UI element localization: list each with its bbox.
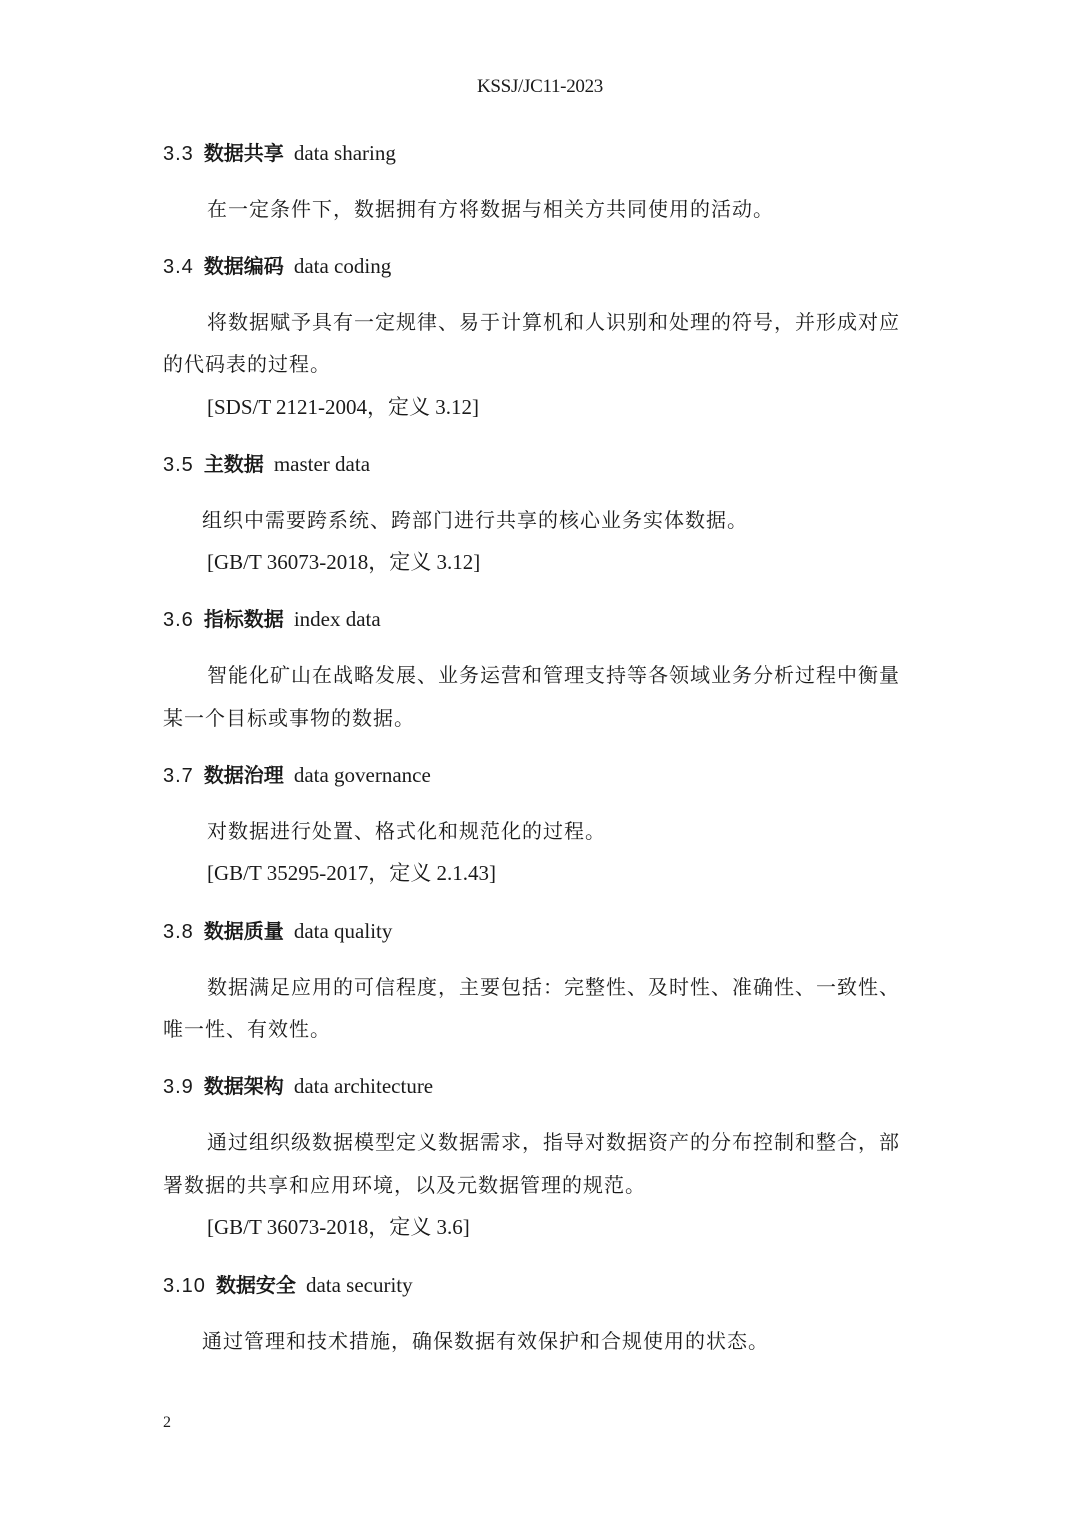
term-chinese: 数据编码: [204, 254, 284, 278]
term-number: 3.4: [163, 256, 194, 278]
term-definition: 通过组织级数据模型定义数据需求，指导对数据资产的分布控制和整合，部: [207, 1127, 900, 1157]
term-number: 3.3: [163, 143, 194, 165]
term-chinese: 数据质量: [204, 919, 284, 943]
term-english: index data: [294, 607, 381, 631]
term-definition: 将数据赋予具有一定规律、易于计算机和人识别和处理的符号，并形成对应: [207, 307, 900, 337]
term-definition-continued: 唯一性、有效性。: [163, 1014, 331, 1044]
term-reference: [GB/T 36073-2018，定义 3.12]: [207, 547, 480, 577]
term-definition-continued: 某一个目标或事物的数据。: [163, 703, 415, 733]
term-chinese: 数据共享: [204, 141, 284, 165]
term-number: 3.9: [163, 1076, 194, 1098]
page-number: 2: [163, 1414, 171, 1432]
term-heading-3-4: 3.4数据编码data coding: [163, 251, 391, 282]
term-heading-3-10: 3.10数据安全data security: [163, 1270, 413, 1301]
term-heading-3-6: 3.6指标数据index data: [163, 604, 381, 635]
term-heading-3-7: 3.7数据治理data governance: [163, 760, 431, 791]
term-number: 3.10: [163, 1275, 206, 1297]
term-english: data security: [306, 1273, 413, 1297]
term-definition-continued: 署数据的共享和应用环境，以及元数据管理的规范。: [163, 1170, 646, 1200]
term-definition: 数据满足应用的可信程度，主要包括：完整性、及时性、准确性、一致性、: [207, 972, 900, 1002]
term-english: data quality: [294, 919, 393, 943]
term-definition: 对数据进行处置、格式化和规范化的过程。: [207, 816, 606, 846]
term-english: master data: [274, 452, 370, 476]
term-heading-3-5: 3.5主数据master data: [163, 449, 370, 480]
term-reference: [GB/T 36073-2018，定义 3.6]: [207, 1212, 470, 1242]
term-english: data architecture: [294, 1074, 433, 1098]
term-heading-3-3: 3.3数据共享data sharing: [163, 138, 396, 169]
term-definition: 在一定条件下，数据拥有方将数据与相关方共同使用的活动。: [207, 194, 774, 224]
term-english: data sharing: [294, 141, 396, 165]
term-heading-3-9: 3.9数据架构data architecture: [163, 1071, 433, 1102]
term-heading-3-8: 3.8数据质量data quality: [163, 916, 392, 947]
term-chinese: 数据安全: [216, 1273, 296, 1297]
term-chinese: 数据架构: [204, 1074, 284, 1098]
term-chinese: 数据治理: [204, 763, 284, 787]
term-number: 3.6: [163, 609, 194, 631]
term-chinese: 主数据: [204, 452, 264, 476]
term-chinese: 指标数据: [204, 607, 284, 631]
term-definition-continued: 的代码表的过程。: [163, 349, 331, 379]
term-definition: 智能化矿山在战略发展、业务运营和管理支持等各领域业务分析过程中衡量: [207, 660, 900, 690]
term-english: data governance: [294, 763, 431, 787]
term-reference: [SDS/T 2121-2004，定义 3.12]: [207, 392, 479, 422]
term-reference: [GB/T 35295-2017，定义 2.1.43]: [207, 858, 496, 888]
term-number: 3.7: [163, 765, 194, 787]
term-english: data coding: [294, 254, 391, 278]
term-number: 3.8: [163, 921, 194, 943]
term-definition: 通过管理和技术措施，确保数据有效保护和合规使用的状态。: [202, 1326, 769, 1356]
document-code-header: KSSJ/JC11-2023: [0, 76, 1080, 98]
term-number: 3.5: [163, 454, 194, 476]
term-definition: 组织中需要跨系统、跨部门进行共享的核心业务实体数据。: [202, 505, 748, 535]
